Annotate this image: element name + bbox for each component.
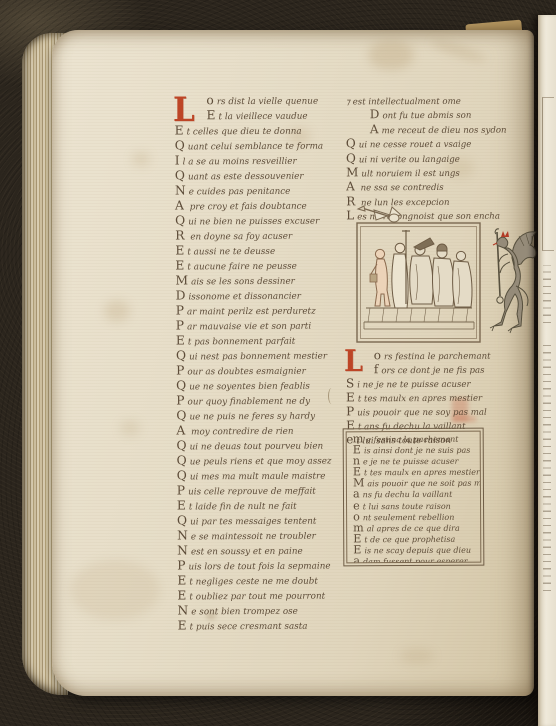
- manuscript-line: Et la vieillece vaudue: [174, 109, 326, 125]
- manuscript-line: Et oubliez par tout me pourront: [177, 589, 329, 605]
- manuscript-line: Que ne puis ne feres sy hardy: [176, 409, 328, 425]
- devil-icon: [488, 224, 540, 334]
- pen-scratch: [328, 388, 335, 404]
- tribunal-scene-miniature: [354, 204, 484, 346]
- manuscript-photo: L ors dist la vielle quenueEt la vieille…: [0, 0, 556, 726]
- ruled-text-frame: me festina la pachemantEis ainsi dont je…: [343, 428, 485, 567]
- manuscript-line: Mais pouoir que ne soit pas mal: [353, 478, 480, 490]
- manuscript-line: me festina la pachemant: [353, 434, 480, 446]
- facing-page-frame-hint: [542, 97, 554, 251]
- manuscript-line: Quant celui semblance te forma: [175, 139, 327, 155]
- manuscript-line: ont seulement rebellion: [353, 511, 480, 523]
- manuscript-line: Qui ne deuas tout pourveu bien: [176, 439, 328, 455]
- angel-with-trumpet-icon: [358, 206, 401, 222]
- rubric-initial-right: L: [344, 344, 363, 378]
- manuscript-line: ors dist la vielle quenue: [174, 94, 326, 110]
- seated-figures-drawing: [410, 238, 472, 307]
- manuscript-line: Et tes maulx en apres mestier: [346, 391, 508, 406]
- manuscript-line: Que ne soyentes bien feablis: [176, 379, 328, 395]
- platform-drawing: [364, 308, 474, 329]
- manuscript-line: Ne cuides pas penitance: [175, 184, 327, 200]
- manuscript-line: Ne se maintessoit ne troubler: [177, 529, 329, 545]
- devil-margin-figure: [488, 224, 540, 334]
- manuscript-line: A moy contredire de rien: [176, 424, 328, 440]
- manuscript-line: Ne sont bien trompez ose: [177, 604, 329, 620]
- facing-page-text-hint: [543, 265, 551, 329]
- manuscript-line: Qui ne cesse rouet a vsaige: [346, 137, 508, 152]
- manuscript-line: A ne ssa se contredis: [346, 180, 508, 195]
- boxed-stanza: me festina la pachemantEis ainsi dont je…: [346, 431, 482, 564]
- manuscript-line: Pour quoy finablement ne dy: [176, 394, 328, 410]
- manuscript-line: Qui mes ma mult maule maistre: [177, 469, 329, 485]
- nude-man-drawing: [370, 249, 390, 306]
- manuscript-line: Et aucune faire ne peusse: [175, 259, 327, 275]
- manuscript-line: Et tes maulx en apres mestier: [353, 467, 480, 479]
- miniature-drawing: [354, 204, 484, 346]
- manuscript-line: Par maint perilz est perduretz: [176, 304, 328, 320]
- manuscript-line: Puis lors de tout fois la sepmaine: [177, 559, 329, 575]
- manuscript-line: Dissonome et dissonancier: [176, 289, 328, 305]
- manuscript-line: Nest en soussy et en paine: [177, 544, 329, 560]
- manuscript-line: Si ne je ne te puisse acuser: [346, 377, 508, 392]
- left-column-initial-lines: ors dist la vielle quenueEt la vieillece…: [174, 94, 326, 125]
- manuscript-line: Par mauvaise vie et son parti: [176, 319, 328, 335]
- manuscript-line: Que peuls riens et que moy assez: [177, 454, 329, 470]
- manuscript-line: Et negliges ceste ne me doubt: [177, 574, 329, 590]
- manuscript-line: Dont fu tue abmis son: [346, 108, 508, 123]
- right-stanza-initial-lines: ors festina le parchemantfors ce dont je…: [346, 349, 508, 378]
- manuscript-line: Et aussi ne te deusse: [175, 244, 327, 260]
- rubric-initial-left: L: [173, 90, 195, 130]
- manuscript-line: Mais se les sons dessiner: [175, 274, 327, 290]
- manuscript-line: Mult noruiem il est ungs: [346, 166, 508, 181]
- manuscript-line: et lui sans toute raison: [353, 500, 480, 512]
- left-text-column: ors dist la vielle quenueEt la vieillece…: [174, 94, 329, 635]
- manuscript-line: Et celles que dieu te donna: [175, 124, 327, 140]
- manuscript-line: adam fussent pour esperer: [353, 556, 480, 564]
- manuscript-line: A pre croy et fais doubtance: [175, 199, 327, 215]
- manuscript-line: Et de ce que prophetisa: [353, 533, 480, 545]
- manuscript-line: Et puis sece cresmant sasta: [178, 619, 330, 635]
- manuscript-line: Qui ni verite ou langaige: [346, 151, 508, 166]
- manuscript-line: Quant as este dessouvenier: [175, 169, 327, 185]
- manuscript-line: Et laide fin de nult ne fait: [177, 499, 329, 515]
- manuscript-line: ors festina le parchemant: [346, 349, 508, 364]
- manuscript-line: Eis ne scay depuis que dieu: [353, 545, 480, 557]
- right-top-indented-lines: Dont fu tue abmis sonAme receut de dieu …: [346, 108, 508, 138]
- manuscript-line: fors ce dont je ne fis pas: [346, 363, 508, 378]
- manuscript-line: Il a se au moins resveillier: [175, 154, 327, 170]
- manuscript-line: Qui ne bien ne puisses excuser: [175, 214, 327, 230]
- manuscript-line: Eis ainsi dont je ne suis pas: [353, 445, 480, 457]
- manuscript-line: ne je ne te puisse acuser: [353, 456, 480, 468]
- manuscript-line: mal apres de ce que dira: [353, 522, 480, 534]
- manuscript-line: Puis celle reprouve de meffait: [177, 484, 329, 500]
- manuscript-line: Qui nest pas bonnement mestier: [176, 349, 328, 365]
- manuscript-line: Puis pouoir que ne soy pas mal: [346, 405, 508, 420]
- facing-page-text-hint: [543, 345, 551, 597]
- manuscript-line: Et pas bonnement parfait: [176, 334, 328, 350]
- manuscript-line: Pour as doubtes esmaignier: [176, 364, 328, 380]
- manuscript-line: Ame receut de dieu nos sydon: [346, 122, 508, 137]
- manuscript-line: R en doyne sa foy acuser: [175, 229, 327, 245]
- standing-figure-drawing: [392, 230, 410, 308]
- left-column-lines: Et celles que dieu te donnaQuant celui s…: [175, 124, 330, 635]
- manuscript-line: ans fu dechu la vaillant: [353, 489, 480, 501]
- manuscript-line: Qui par tes messaiges tentent: [177, 514, 329, 530]
- facing-page-edge: [538, 15, 556, 726]
